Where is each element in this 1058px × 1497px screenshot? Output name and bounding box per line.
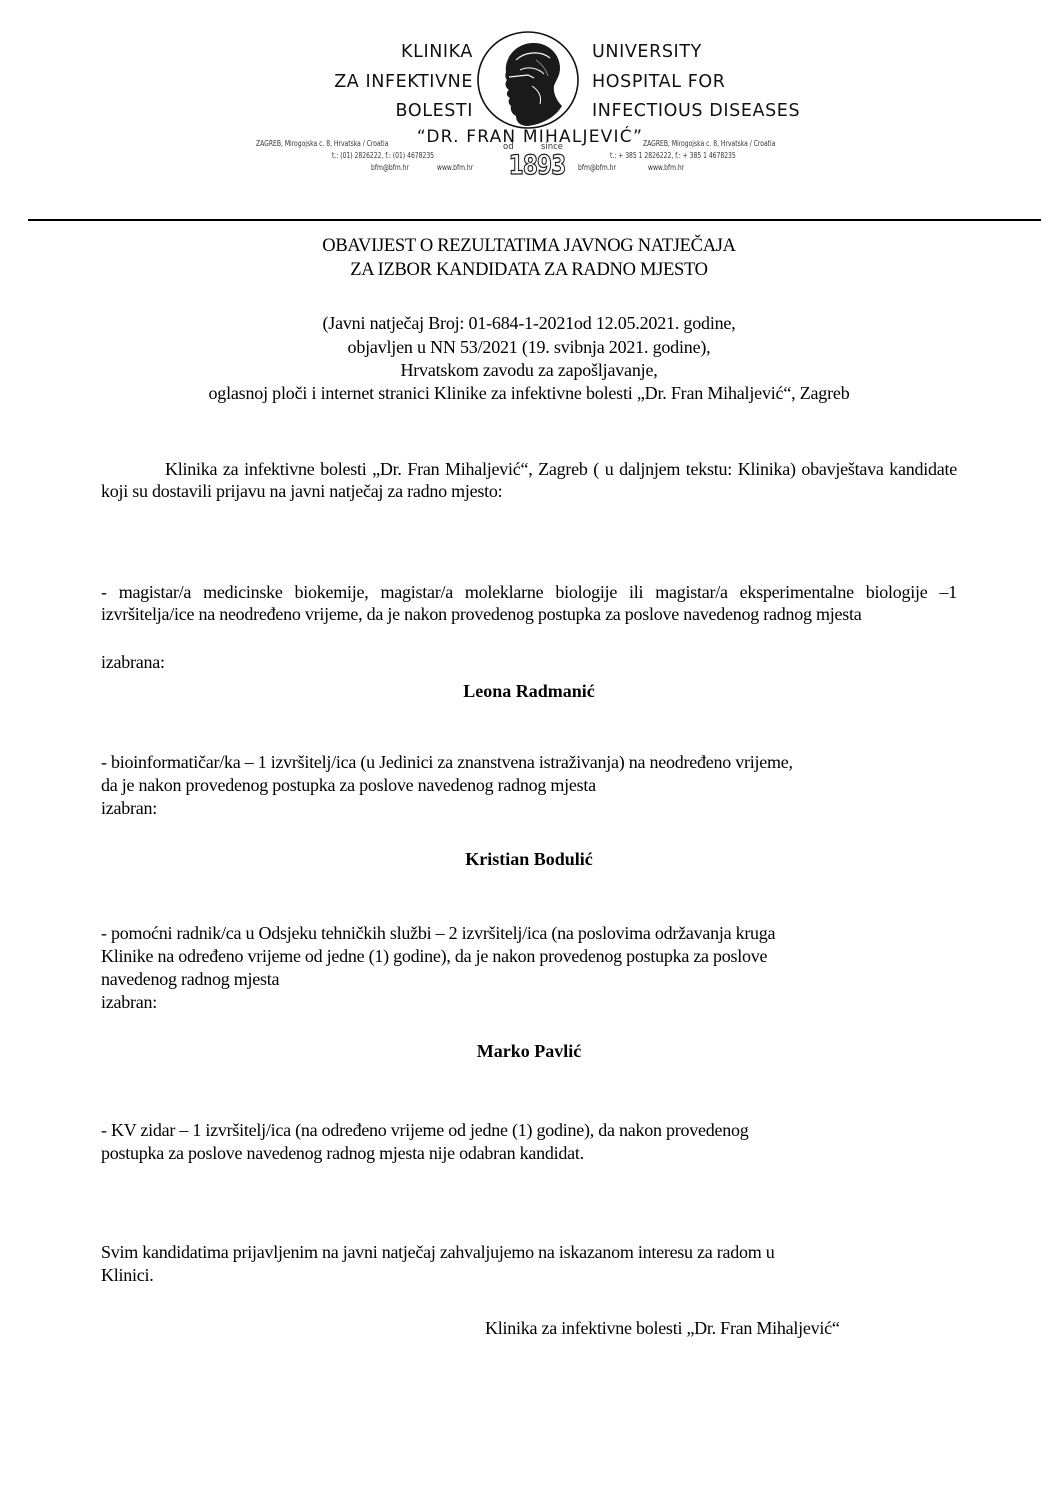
position-2-description-line1: - bioinformatičar/ka – 1 izvršitelj/ica …	[101, 751, 957, 773]
position-2-selected-name: Kristian Bodulić	[0, 849, 1058, 870]
letterhead-left-line: KLINIKA	[334, 38, 473, 68]
document-page: KLINIKA ZA INFEKTIVNE BOLESTI UNIVERSITY…	[0, 0, 1058, 1497]
founding-year: 1893	[509, 150, 554, 181]
left-email-link[interactable]: bfm@bfm.hr	[371, 161, 409, 173]
position-4-description-line2: postupka za poslove navedenog radnog mje…	[101, 1142, 957, 1164]
portrait-medallion-icon	[476, 30, 580, 130]
position-3-description-line3: navedenog radnog mjesta	[101, 968, 957, 990]
letterhead-left-title: KLINIKA ZA INFEKTIVNE BOLESTI	[334, 38, 473, 127]
right-email-link[interactable]: bfm@bfm.hr	[578, 161, 616, 173]
position-2-description-line2: da je nakon provedenog postupka za poslo…	[101, 774, 957, 796]
position-3-description-line1: - pomoćni radnik/ca u Odsjeku tehničkih …	[101, 922, 957, 944]
right-phone: t.: + 385 1 2826222, f.: + 385 1 4678235	[610, 149, 736, 161]
closing-line2: Klinici.	[101, 1264, 957, 1286]
reference-line1: (Javni natječaj Broj: 01-684-1-2021od 12…	[0, 312, 1058, 334]
document-title-line1: OBAVIJEST O REZULTATIMA JAVNOG NATJEČAJA	[0, 235, 1058, 257]
position-2-selected-label: izabran:	[101, 797, 957, 819]
position-1-selected-label: izabrana:	[101, 651, 957, 673]
letterhead-left-line: ZA INFEKTIVNE	[334, 68, 473, 98]
position-4-description-line1: - KV zidar – 1 izvršitelj/ica (na određe…	[101, 1119, 957, 1141]
header-divider	[28, 219, 1041, 221]
left-web-link[interactable]: www.bfm.hr	[437, 161, 473, 173]
right-address: ZAGREB, Mirogojska c. 8, Hrvatska / Croa…	[643, 137, 775, 149]
reference-line3: Hrvatskom zavodu za zapošljavanje,	[0, 359, 1058, 381]
left-phone: t.: (01) 2826222, f.: (01) 4678235	[332, 149, 434, 161]
letterhead-right-title: UNIVERSITY HOSPITAL FOR INFECTIOUS DISEA…	[592, 38, 800, 127]
position-1-description: - magistar/a medicinske biokemije, magis…	[101, 581, 957, 625]
position-3-selected-name: Marko Pavlić	[0, 1041, 1058, 1062]
document-title-line2: ZA IZBOR KANDIDATA ZA RADNO MJESTO	[0, 259, 1058, 281]
letterhead-right-line: INFECTIOUS DISEASES	[592, 97, 800, 127]
left-address: ZAGREB, Mirogojska c. 8, Hrvatska / Croa…	[256, 137, 388, 149]
position-3-selected-label: izabran:	[101, 991, 957, 1013]
intro-paragraph: Klinika za infektivne bolesti „Dr. Fran …	[101, 458, 957, 502]
closing-line1: Svim kandidatima prijavljenim na javni n…	[101, 1241, 957, 1263]
position-3-description-line2: Klinike na određeno vrijeme od jedne (1)…	[101, 945, 957, 967]
reference-line4: oglasnoj ploči i internet stranici Klini…	[0, 382, 1058, 404]
letterhead-right-line: UNIVERSITY	[592, 38, 800, 68]
signature: Klinika za infektivne bolesti „Dr. Fran …	[485, 1318, 840, 1339]
position-1-selected-name: Leona Radmanić	[0, 681, 1058, 702]
letterhead-left-line: BOLESTI	[334, 97, 473, 127]
reference-line2: objavljen u NN 53/2021 (19. svibnja 2021…	[0, 336, 1058, 358]
right-web-link[interactable]: www.bfm.hr	[648, 161, 684, 173]
letterhead-right-line: HOSPITAL FOR	[592, 68, 800, 98]
